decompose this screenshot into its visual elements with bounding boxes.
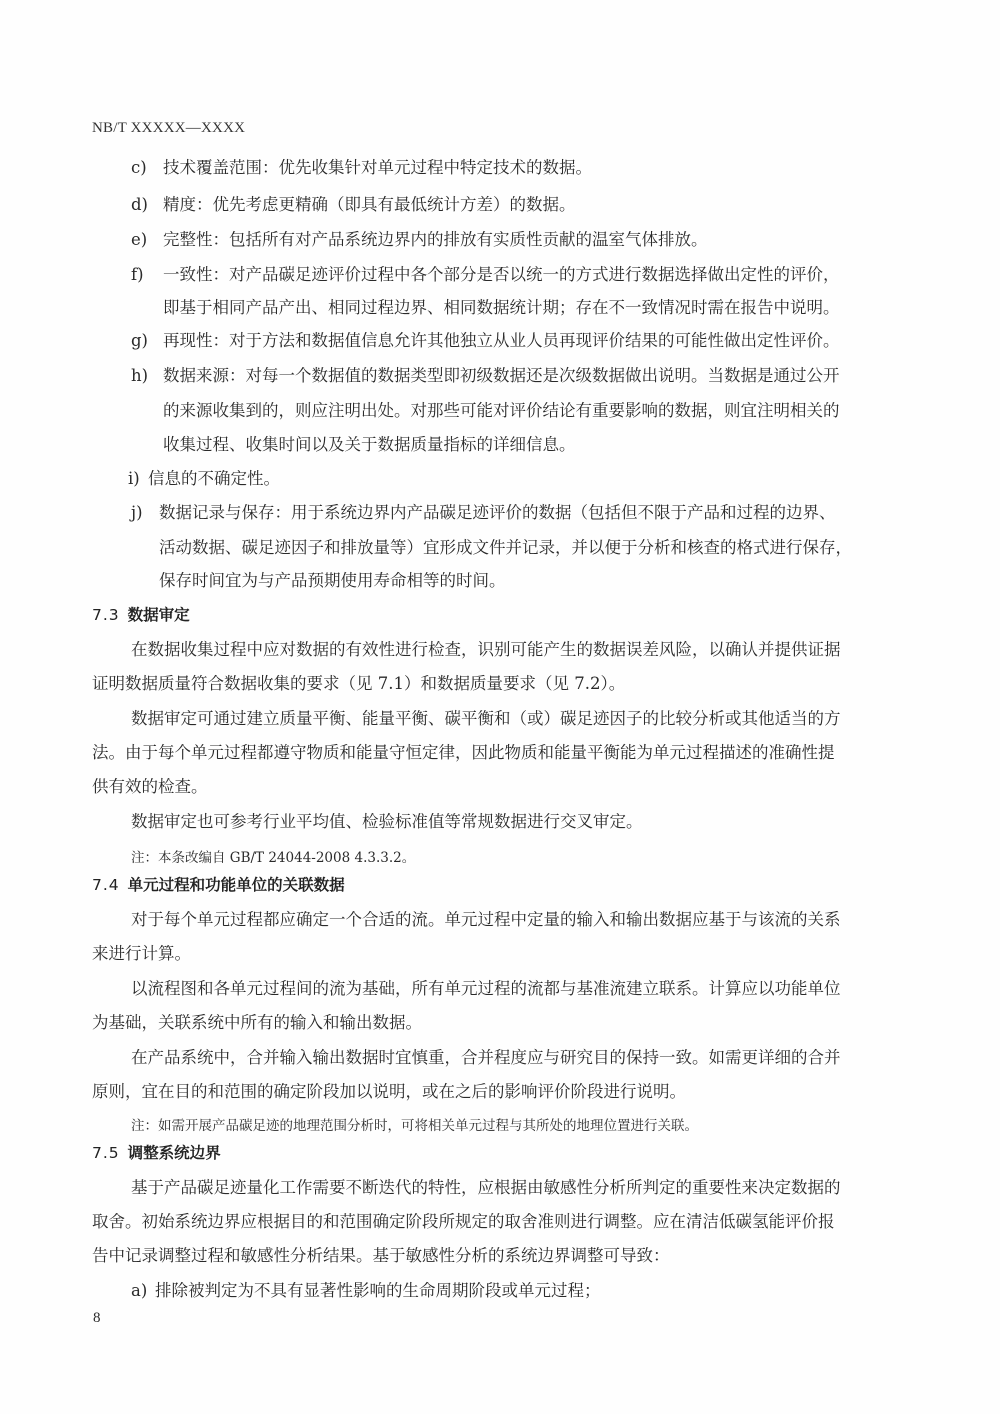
list-text: 技术覆盖范围：优先收集针对单元过程中特定技术的数据。 (163, 158, 592, 177)
list-item-h: h)数据来源：对每一个数据值的数据类型即初级数据还是次级数据做出说明。当数据是通… (131, 366, 840, 386)
section-number: 7.4 (92, 876, 120, 894)
document-code-header: NB/T XXXXX—XXXX (92, 120, 245, 137)
paragraph-7-4-3-line-2: 原则，宜在目的和范围的确定阶段加以说明，或在之后的影响评价阶段进行说明。 (92, 1082, 686, 1102)
list-item-g: g)再现性：对于方法和数据值信息允许其他独立从业人员再现评价结果的可能性做出定性… (131, 331, 840, 351)
list-item-c: c)技术覆盖范围：优先收集针对单元过程中特定技术的数据。 (131, 158, 592, 178)
paragraph-7-4-3-line-1: 在产品系统中，合并输入输出数据时宜慎重，合并程度应与研究目的保持一致。如需更详细… (131, 1048, 841, 1068)
list-label: h) (131, 366, 163, 386)
page-number: 8 (93, 1310, 101, 1327)
section-title: 单元过程和功能单位的关联数据 (128, 876, 345, 894)
paragraph-7-3-3: 数据审定也可参考行业平均值、检验标准值等常规数据进行交叉审定。 (131, 812, 643, 832)
section-title: 数据审定 (128, 606, 190, 624)
list-label: e) (131, 230, 163, 250)
list-item-d: d)精度：优先考虑更精确（即具有最低统计方差）的数据。 (131, 195, 576, 215)
paragraph-7-3-2-line-2: 法。由于每个单元过程都遵守物质和能量守恒定律，因此物质和能量平衡能为单元过程描述… (92, 743, 835, 763)
list-label: a) (131, 1281, 155, 1301)
list-text: 一致性：对产品碳足迹评价过程中各个部分是否以统一的方式进行数据选择做出定性的评价… (163, 265, 840, 284)
note-7-4: 注：如需开展产品碳足迹的地理范围分析时，可将相关单元过程与其所处的地理位置进行关… (131, 1116, 698, 1136)
list-item-h-cont-1: 的来源收集到的，则应注明出处。对那些可能对评价结论有重要影响的数据，则宜注明相关… (163, 401, 840, 421)
section-heading-7-4: 7.4单元过程和功能单位的关联数据 (92, 875, 345, 895)
paragraph-7-3-2-line-3: 供有效的检查。 (92, 777, 208, 797)
list-item-i: i)信息的不确定性。 (128, 469, 280, 489)
list-item-f: f)一致性：对产品碳足迹评价过程中各个部分是否以统一的方式进行数据选择做出定性的… (131, 265, 840, 285)
list-label: f) (131, 265, 163, 285)
list-text: 完整性：包括所有对产品系统边界内的排放有实质性贡献的温室气体排放。 (163, 230, 708, 249)
list-item-j: j)数据记录与保存：用于系统边界内产品碳足迹评价的数据（包括但不限于产品和过程的… (131, 503, 836, 523)
list-item-h-cont-2: 收集过程、收集时间以及关于数据质量指标的详细信息。 (163, 435, 576, 455)
list-text: 精度：优先考虑更精确（即具有最低统计方差）的数据。 (163, 195, 576, 214)
list-label: d) (131, 195, 163, 215)
paragraph-7-5-1-line-3: 告中记录调整过程和敏感性分析结果。基于敏感性分析的系统边界调整可导致： (92, 1246, 670, 1266)
paragraph-7-3-1-line-1: 在数据收集过程中应对数据的有效性进行检查，识别可能产生的数据误差风险，以确认并提… (131, 640, 841, 660)
paragraph-7-3-1-line-2: 证明数据质量符合数据收集的要求（见 7.1）和数据质量要求（见 7.2）。 (92, 674, 625, 694)
paragraph-7-4-1-line-1: 对于每个单元过程都应确定一个合适的流。单元过程中定量的输入和输出数据应基于与该流… (131, 910, 841, 930)
list-item-j-cont-2: 保存时间宜为与产品预期使用寿命相等的时间。 (159, 571, 506, 591)
paragraph-7-4-2-line-1: 以流程图和各单元过程间的流为基础，所有单元过程的流都与基准流建立联系。计算应以功… (131, 979, 841, 999)
list-label: g) (131, 331, 163, 351)
section-number: 7.5 (92, 1144, 120, 1162)
list-label: c) (131, 158, 163, 178)
note-7-3: 注：本条改编自 GB/T 24044-2008 4.3.3.2。 (131, 848, 415, 868)
paragraph-7-4-1-line-2: 来进行计算。 (92, 944, 191, 964)
list-item-f-cont: 即基于相同产品产出、相同过程边界、相同数据统计期；存在不一致情况时需在报告中说明… (163, 298, 840, 318)
list-text: 信息的不确定性。 (148, 469, 280, 488)
paragraph-7-3-2-line-1: 数据审定可通过建立质量平衡、能量平衡、碳平衡和（或）碳足迹因子的比较分析或其他适… (131, 709, 841, 729)
section-number: 7.3 (92, 606, 120, 624)
list-label: i) (128, 469, 148, 489)
paragraph-7-5-1-line-1: 基于产品碳足迹量化工作需要不断迭代的特性，应根据由敏感性分析所判定的重要性来决定… (131, 1178, 841, 1198)
list-text: 排除被判定为不具有显著性影响的生命周期阶段或单元过程； (155, 1281, 601, 1300)
document-page: NB/T XXXXX—XXXX c)技术覆盖范围：优先收集针对单元过程中特定技术… (0, 0, 1000, 1414)
list-item-j-cont-1: 活动数据、碳足迹因子和排放量等）宜形成文件并记录，并以便于分析和核查的格式进行保… (159, 538, 852, 558)
list-text: 再现性：对于方法和数据值信息允许其他独立从业人员再现评价结果的可能性做出定性评价… (163, 331, 840, 350)
section-heading-7-3: 7.3数据审定 (92, 605, 190, 625)
section-heading-7-5: 7.5调整系统边界 (92, 1143, 221, 1163)
section-title: 调整系统边界 (128, 1144, 221, 1162)
list-item-e: e)完整性：包括所有对产品系统边界内的排放有实质性贡献的温室气体排放。 (131, 230, 708, 250)
list-text: 数据记录与保存：用于系统边界内产品碳足迹评价的数据（包括但不限于产品和过程的边界… (159, 503, 836, 522)
paragraph-7-4-2-line-2: 为基础，关联系统中所有的输入和输出数据。 (92, 1013, 422, 1033)
list-item-7-5-a: a)排除被判定为不具有显著性影响的生命周期阶段或单元过程； (131, 1281, 601, 1301)
paragraph-7-5-1-line-2: 取舍。初始系统边界应根据目的和范围确定阶段所规定的取舍准则进行调整。应在清洁低碳… (92, 1212, 835, 1232)
list-text: 数据来源：对每一个数据值的数据类型即初级数据还是次级数据做出说明。当数据是通过公… (163, 366, 840, 385)
list-label: j) (131, 503, 159, 523)
